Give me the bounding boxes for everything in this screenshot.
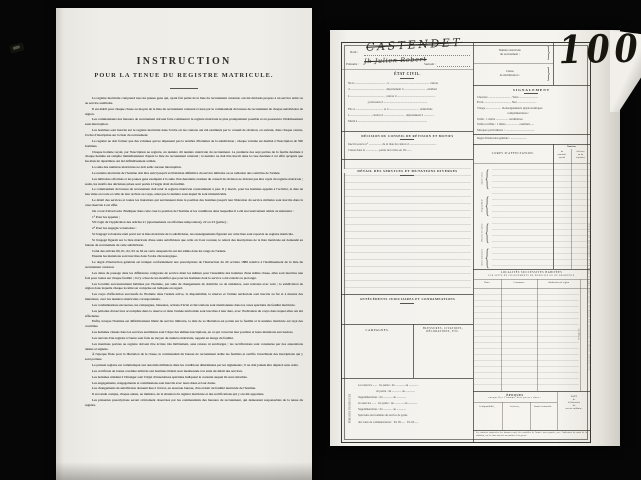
campagnes-header: CAMPAGNES. bbox=[342, 328, 413, 332]
localites-header-top bbox=[473, 279, 590, 280]
instruction-paragraph: Les engagements, rengagements et commiss… bbox=[85, 381, 303, 386]
instruction-paragraph: Les hommes classés dans les services aux… bbox=[85, 330, 303, 335]
corps-category-label: Disponibilité bbox=[481, 194, 484, 218]
localites-column-header: Subdivision de région bbox=[537, 281, 580, 284]
instruction-paragraph: On a tout d'abord soin d'indiquer dans c… bbox=[85, 209, 303, 214]
instruction-paragraph: Le registre ne doit former que des volum… bbox=[85, 139, 303, 149]
antecedents-top-line bbox=[342, 294, 473, 295]
exercices-rows: 1er exercice ...... 1re partie : du ....… bbox=[358, 382, 470, 425]
localites-subtitle: PAR SUITE DE CHANGEMENTS DE DOMICILE OU … bbox=[473, 275, 590, 277]
etat-civil-header: ÉTAT CIVIL. bbox=[342, 72, 473, 76]
epoques-subtitle: auxquelles l'homme doit passer dans : bbox=[473, 397, 557, 399]
signalement-row: Marques particulières : ................… bbox=[477, 128, 587, 134]
etat-civil-row: Marié à ................................… bbox=[348, 118, 470, 124]
corps-category: Réserve de l'armée bbox=[476, 221, 488, 246]
instruction-body: Le registre matricule comprend tous les … bbox=[85, 96, 303, 468]
corps-category: Armée territoriale bbox=[476, 246, 488, 271]
exercices-row: des voies de communication : En 18......… bbox=[358, 419, 470, 425]
instruction-paragraph: Les périodes d'exercices accomplies dans… bbox=[85, 309, 303, 319]
localites-column-header: Communes bbox=[501, 281, 537, 284]
decision-rule bbox=[400, 139, 414, 140]
decision-rows: Inscrit sous le n° ................. de … bbox=[348, 141, 470, 154]
instruction-paragraph: Les condamnations encourues, les campagn… bbox=[85, 303, 303, 308]
instruction-paragraph: La suite des numéros matricules ne doit … bbox=[85, 165, 303, 170]
firstnames-label: Prénoms : bbox=[346, 62, 359, 66]
corps-category: Armée active bbox=[476, 167, 488, 192]
localites-column-header: Dates bbox=[473, 281, 501, 284]
instruction-paragraph: Celui des articles 60, 61, 62, 63 ou 64 … bbox=[85, 249, 303, 254]
antecedents-rule bbox=[400, 303, 414, 304]
instruction-paragraph: Le registre matricule comprend tous les … bbox=[85, 96, 303, 106]
etat-civil-rows: Né le ..................................… bbox=[348, 80, 470, 125]
services-top-line bbox=[342, 159, 473, 160]
instruction-paragraph: Les hommes sont inscrits sur le registre… bbox=[85, 128, 303, 138]
instruction-title: INSTRUCTION bbox=[56, 56, 312, 67]
instruction-paragraph: Les présentes prescriptions seront stric… bbox=[85, 398, 303, 408]
instruction-paragraph: Les changements de subdivision donnent l… bbox=[85, 386, 303, 391]
corps-category-label: Réserve de l'armée bbox=[481, 221, 484, 245]
epoques-top-line bbox=[473, 391, 590, 392]
form-footnote: Les numéros matricules des hommes rayés … bbox=[476, 432, 587, 438]
numeros-col1: du matricule spécial bbox=[553, 151, 571, 160]
instruction-paragraph: S'il s'agit de l'application des article… bbox=[85, 220, 303, 225]
localites-title: LOCALITÉS SUCCESSIVES HABITÉES bbox=[473, 271, 590, 274]
instruction-paragraph: Si l'engagé volontaire était porté sur l… bbox=[85, 232, 303, 237]
services-header: DÉTAIL DES SERVICES ET MUTATIONS DIVERSE… bbox=[342, 169, 473, 173]
instruction-paragraph: Les renvois d'un registre à l'autre sont… bbox=[85, 336, 303, 341]
scanned-register-page: INSTRUCTION POUR LA TENUE DU REGISTRE MA… bbox=[0, 0, 641, 480]
instruction-paragraph: Si l'engagé figurait sur la liste matric… bbox=[85, 238, 303, 248]
signalement-rows: Cheveux ............................. , … bbox=[477, 95, 587, 134]
names-bottom-line bbox=[342, 69, 473, 70]
instruction-paragraph: Le présent registre est communiqué aux a… bbox=[85, 363, 303, 368]
instruction-paragraph: Le commandant du bureau de recrutement d… bbox=[85, 187, 303, 197]
epoques-column-header: la disponibilité, bbox=[473, 403, 501, 408]
decision-header: DÉCISION DU CONSEIL DE RÉVISION ET MOTIF… bbox=[342, 134, 473, 138]
services-rule bbox=[400, 175, 414, 176]
margin-note: Le présent registre comprend les numéros… bbox=[588, 145, 596, 447]
antecedents-header: ANTÉCÉDENTS JUDICIAIRES ET CONDAMNATIONS bbox=[342, 297, 473, 301]
campagnes-top-line bbox=[342, 324, 473, 325]
etat-civil-rule bbox=[400, 78, 414, 79]
blessures-header: BLESSURES, CITATIONS, DÉCORATIONS, ETC. bbox=[413, 327, 473, 334]
instruction-paragraph: Le détail des services et toutes les mut… bbox=[85, 198, 303, 208]
instruction-paragraph: 1° Pour les appelés ; bbox=[85, 215, 303, 220]
instruction-paragraph: Les dates de passage dans les différente… bbox=[85, 271, 303, 281]
instruction-subtitle: POUR LA TENUE DU REGISTRE MATRICULE. bbox=[56, 72, 312, 79]
corps-categories: Armée active Disponibilité Réserve de l'… bbox=[473, 43, 493, 269]
instruction-paragraph: 2° Pour les engagés volontaires : bbox=[85, 226, 303, 231]
title-divider bbox=[170, 88, 198, 89]
epoques-column-header: la réserve, bbox=[501, 403, 529, 408]
instruction-paragraph: Le numéro matricule de l'homme doit être… bbox=[85, 171, 303, 176]
localites-columns: DatesCommunesSubdivision de région bbox=[473, 281, 580, 284]
exercices-side-label: PÉRIODES D'EXERCICES bbox=[348, 394, 351, 424]
instruction-paragraph: Les mentions portées au registre doivent… bbox=[85, 342, 303, 352]
localites-ruled-area bbox=[474, 289, 579, 390]
matricule-cell-divider bbox=[553, 43, 554, 85]
surname-label: Surnom : bbox=[424, 62, 436, 66]
localites-top-line bbox=[473, 269, 590, 270]
instruction-paragraph: Il est établi pour chaque classe au moye… bbox=[85, 107, 303, 117]
corps-category-label: Armée active bbox=[481, 167, 484, 191]
instruction-paragraph: Ensuite les mutations sont inscrites dan… bbox=[85, 254, 303, 259]
instruction-paragraph: Le degré d'instruction générale est indi… bbox=[85, 260, 303, 270]
instruction-paragraph: Les certificats de bonne conduite délivr… bbox=[85, 369, 303, 374]
instruction-paragraph: Les militaires réformés et les jeunes ge… bbox=[85, 177, 303, 187]
instruction-paragraph: Enfin, lorsque l'homme est définitivemen… bbox=[85, 319, 303, 329]
binder-staple-mark bbox=[9, 42, 25, 54]
surname-baseline bbox=[437, 66, 470, 67]
instruction-paragraph: À l'époque fixée pour la libération de l… bbox=[85, 352, 303, 362]
liberation-date-box: DATE de la libération du service militai… bbox=[558, 395, 590, 410]
footnote-top-line bbox=[473, 430, 590, 431]
corps-ruled-area bbox=[492, 164, 590, 269]
instruction-paragraph: Les localités successivement habitées pa… bbox=[85, 282, 303, 292]
epoques-column-header: l'armée territoriale. bbox=[529, 403, 557, 408]
decision-row: Classé dans la ................. partie … bbox=[348, 147, 470, 153]
corps-category-label: Armée territoriale bbox=[481, 246, 484, 270]
matricule-form: Nom : CASTENDET Prénoms : Jh Julien Robe… bbox=[341, 42, 591, 443]
numeros-header: Numéros bbox=[553, 146, 590, 149]
services-ruled-area bbox=[344, 162, 471, 292]
exercices-top-line bbox=[342, 378, 473, 379]
handwritten-matricule-number: 1001 bbox=[558, 26, 641, 73]
name-label: Nom : bbox=[350, 50, 358, 54]
instruction-paragraph: Chaque homme reçoit, par l'inscription a… bbox=[85, 150, 303, 165]
corps-category: Disponibilité bbox=[476, 194, 488, 219]
instruction-paragraph: Il est rendu compte, chaque année, au mi… bbox=[85, 392, 303, 397]
epoques-columns: la disponibilité,la réserve,l'armée terr… bbox=[473, 403, 557, 408]
instruction-paragraph: Les corps d'affectation successifs de l'… bbox=[85, 292, 303, 302]
instruction-paragraph: Les hommes résidant à l'étranger sont l'… bbox=[85, 375, 303, 380]
instruction-paragraph: Les commandants des bureaux de recruteme… bbox=[85, 117, 303, 127]
decision-top-line bbox=[342, 131, 473, 132]
instruction-page: INSTRUCTION POUR LA TENUE DU REGISTRE MA… bbox=[56, 8, 312, 480]
